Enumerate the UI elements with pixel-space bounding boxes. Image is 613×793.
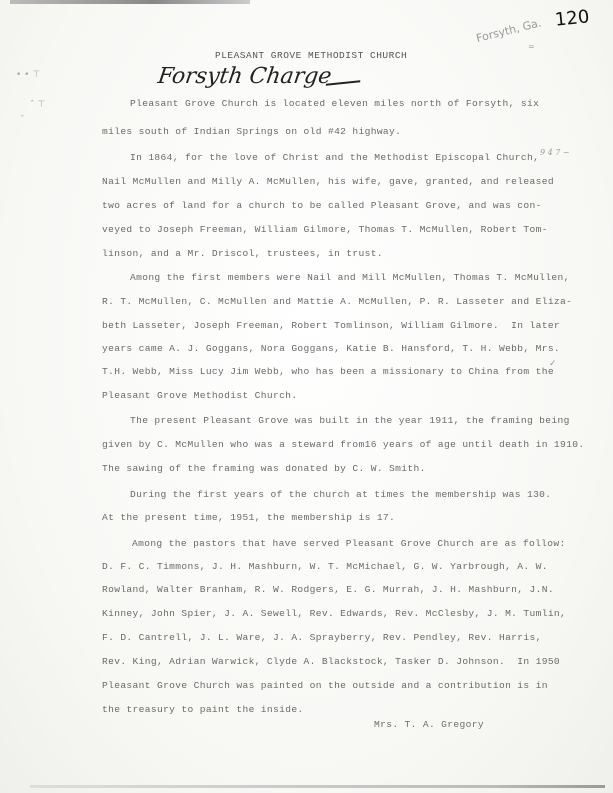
body-text-line: beth Lasseter, Joseph Freeman, Robert To… [102,320,560,331]
margin-smudge-mark: ˆ ⊤ [30,100,45,110]
handwritten-margin-note: 9 4 7 ~ [540,148,570,157]
body-text-line: Kinney, John Spier, J. A. Sewell, Rev. E… [102,608,566,619]
body-text-line: In 1864, for the love of Christ and the … [130,152,539,163]
margin-smudge-mark: ˆ [20,115,25,125]
body-text-line: Among the pastors that have served Pleas… [132,538,566,549]
body-text-line: The sawing of the framing was donated by… [102,463,426,474]
body-text-line: veyed to Joseph Freeman, William Gilmore… [102,224,548,235]
body-text-line: T.H. Webb, Miss Lucy Jim Webb, who has b… [102,366,554,377]
signature: Mrs. T. A. Gregory [374,719,484,730]
handwritten-page-number: 120 [554,6,590,30]
body-text-line: given by C. McMullen who was a steward f… [102,439,584,450]
document-title: PLEASANT GROVE METHODIST CHURCH [215,50,407,61]
body-text-line: D. F. C. Timmons, J. H. Mashburn, W. T. … [102,561,548,572]
scan-top-edge [10,0,250,4]
body-text-line: miles south of Indian Springs on old #42… [102,126,401,137]
scan-bottom-edge [30,785,605,788]
handwritten-underline-mark: = [528,42,535,51]
body-text-line: Nail McMullen and Milly A. McMullen, his… [102,176,554,187]
body-text-line: The present Pleasant Grove was built in … [130,415,570,426]
body-text-line: R. T. McMullen, C. McMullen and Mattie A… [102,296,572,307]
handwritten-location-note: Forsyth, Ga. [475,16,543,45]
body-text-line: Pleasant Grove Church is located eleven … [130,98,539,109]
body-text-line: the treasury to paint the inside. [102,704,304,715]
document-page: • • ⊤ ˆ ⊤ ˆ 120 Forsyth, Ga. = PLEASANT … [0,0,613,793]
body-text-line: two acres of land for a church to be cal… [102,200,542,211]
body-text-line: years came A. J. Goggans, Nora Goggans, … [102,343,560,354]
body-text-line: At the present time, 1951, the membershi… [102,512,395,523]
body-text-line: Pleasant Grove Methodist Church. [102,390,297,401]
body-text-line: During the first years of the church at … [130,489,551,500]
body-text-line: F. D. Cantrell, J. L. Ware, J. A. Sprayb… [102,632,542,643]
handwritten-subtitle: Forsyth Charge [156,64,333,89]
body-text-line: linson, and a Mr. Driscol, trustees, in … [102,248,383,259]
body-text-line: Rev. King, Adrian Warwick, Clyde A. Blac… [102,656,560,667]
body-text-line: Pleasant Grove Church was painted on the… [102,680,548,691]
margin-smudge-mark: • • ⊤ [16,70,40,80]
body-text-line: Among the first members were Nail and Mi… [130,272,570,283]
body-text-line: Rowland, Walter Branham, R. W. Rodgers, … [102,584,554,595]
